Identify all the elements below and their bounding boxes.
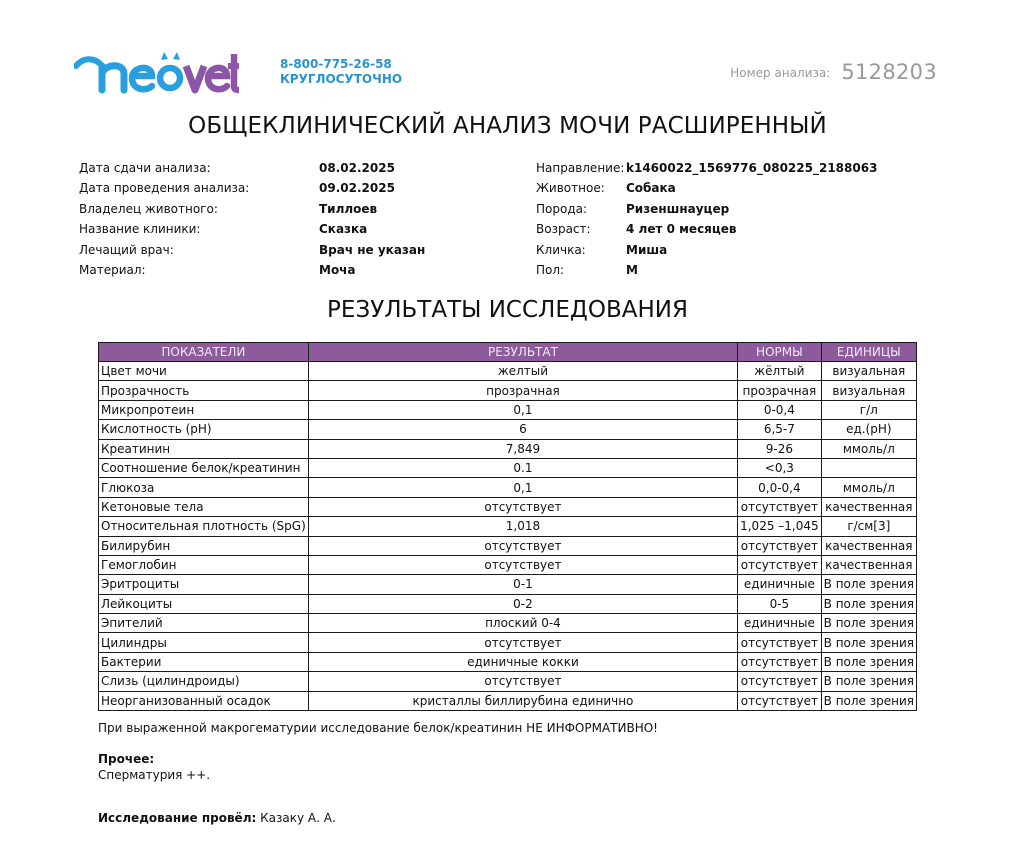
unit-cell: В поле зрения bbox=[821, 691, 916, 710]
unit-cell: В поле зрения bbox=[821, 594, 916, 613]
results-title: РЕЗУЛЬТАТЫ ИССЛЕДОВАНИЯ bbox=[0, 297, 1015, 323]
norm-cell: отсутствует bbox=[738, 555, 822, 574]
norm-cell: отсутствует bbox=[738, 536, 822, 555]
other-text: Сперматурия ++. bbox=[98, 768, 210, 782]
unit-cell: ммоль/л bbox=[821, 478, 916, 497]
unit-cell: В поле зрения bbox=[821, 575, 916, 594]
document-title: ОБЩЕКЛИНИЧЕСКИЙ АНАЛИЗ МОЧИ РАСШИРЕННЫЙ bbox=[0, 113, 1015, 139]
result-cell: отсутствует bbox=[308, 672, 737, 691]
info-row: Название клиники:Сказка bbox=[79, 219, 425, 239]
info-label: Материал: bbox=[79, 260, 319, 280]
result-cell: 0.1 bbox=[308, 458, 737, 477]
table-row: Эритроциты0-1единичныеВ поле зрения bbox=[99, 575, 917, 594]
analysis-number-value: 5128203 bbox=[841, 60, 937, 84]
norm-cell: единичные bbox=[738, 575, 822, 594]
info-value: k1460022_1569776_080225_2188063 bbox=[626, 158, 877, 178]
other-title: Прочее: bbox=[98, 752, 154, 766]
phone-number: 8-800-775-26-58 bbox=[280, 57, 402, 72]
column-header-norms: НОРМЫ bbox=[738, 343, 822, 362]
table-row: Билирубинотсутствуетотсутствуеткачествен… bbox=[99, 536, 917, 555]
performed-by-label: Исследование провёл: bbox=[98, 811, 256, 825]
info-row: Животное:Собака bbox=[536, 178, 877, 198]
table-row: Кетоновые телаотсутствуетотсутствуеткаче… bbox=[99, 497, 917, 516]
unit-cell: В поле зрения bbox=[821, 614, 916, 633]
norm-cell: отсутствует bbox=[738, 691, 822, 710]
result-cell: отсутствует bbox=[308, 497, 737, 516]
info-label: Дата проведения анализа: bbox=[79, 178, 319, 198]
info-label: Лечащий врач: bbox=[79, 240, 319, 260]
patient-info-right: Направление:k1460022_1569776_080225_2188… bbox=[536, 158, 877, 280]
result-cell: 6 bbox=[308, 420, 737, 439]
norm-cell: 9-26 bbox=[738, 439, 822, 458]
norm-cell: 0-5 bbox=[738, 594, 822, 613]
info-value: Тиллоев bbox=[319, 199, 377, 219]
info-label: Возраст: bbox=[536, 219, 626, 239]
info-label: Дата сдачи анализа: bbox=[79, 158, 319, 178]
norm-cell: отсутствует bbox=[738, 672, 822, 691]
analysis-number-label: Номер анализа: bbox=[730, 66, 830, 80]
unit-cell: ед.(pH) bbox=[821, 420, 916, 439]
table-row: Бактерииединичные коккиотсутствуетВ поле… bbox=[99, 652, 917, 671]
norm-cell: 0-0,4 bbox=[738, 400, 822, 419]
indicator-cell: Лейкоциты bbox=[99, 594, 309, 613]
info-label: Пол: bbox=[536, 260, 626, 280]
result-cell: единичные кокки bbox=[308, 652, 737, 671]
indicator-cell: Кислотность (pH) bbox=[99, 420, 309, 439]
table-row: Относительная плотность (SpG)1,0181,025 … bbox=[99, 517, 917, 536]
norm-cell: отсутствует bbox=[738, 652, 822, 671]
results-table-body: Цвет мочижелтыйжёлтыйвизуальнаяПрозрачно… bbox=[99, 362, 917, 711]
norm-cell: жёлтый bbox=[738, 362, 822, 381]
table-row: Слизь (цилиндроиды)отсутствуетотсутствуе… bbox=[99, 672, 917, 691]
indicator-cell: Гемоглобин bbox=[99, 555, 309, 574]
norm-cell: 1,025 –1,045 bbox=[738, 517, 822, 536]
neovet-logo-icon bbox=[74, 48, 239, 96]
results-table: ПОКАЗАТЕЛИ РЕЗУЛЬТАТ НОРМЫ ЕДИНИЦЫ Цвет … bbox=[98, 342, 917, 711]
info-value: 4 лет 0 месяцев bbox=[626, 219, 737, 239]
indicator-cell: Микропротеин bbox=[99, 400, 309, 419]
info-label: Название клиники: bbox=[79, 219, 319, 239]
clinic-contact: 8-800-775-26-58 КРУГЛОСУТОЧНО bbox=[280, 57, 402, 87]
info-row: Владелец животного:Тиллоев bbox=[79, 199, 425, 219]
unit-cell bbox=[821, 458, 916, 477]
indicator-cell: Билирубин bbox=[99, 536, 309, 555]
table-row: Эпителийплоский 0-4единичныеВ поле зрени… bbox=[99, 614, 917, 633]
unit-cell: В поле зрения bbox=[821, 633, 916, 652]
info-value: М bbox=[626, 260, 638, 280]
indicator-cell: Цилиндры bbox=[99, 633, 309, 652]
info-row: Материал:Моча bbox=[79, 260, 425, 280]
unit-cell: ммоль/л bbox=[821, 439, 916, 458]
unit-cell: качественная bbox=[821, 497, 916, 516]
table-row: ЦилиндрыотсутствуетотсутствуетВ поле зре… bbox=[99, 633, 917, 652]
info-row: Пол:М bbox=[536, 260, 877, 280]
info-value: 08.02.2025 bbox=[319, 158, 395, 178]
info-row: Направление:k1460022_1569776_080225_2188… bbox=[536, 158, 877, 178]
table-row: Микропротеин0,10-0,4г/л bbox=[99, 400, 917, 419]
info-value: Моча bbox=[319, 260, 356, 280]
table-row: Кислотность (pH)66,5-7ед.(pH) bbox=[99, 420, 917, 439]
info-label: Животное: bbox=[536, 178, 626, 198]
table-row: Креатинин7,8499-26ммоль/л bbox=[99, 439, 917, 458]
indicator-cell: Эпителий bbox=[99, 614, 309, 633]
indicator-cell: Слизь (цилиндроиды) bbox=[99, 672, 309, 691]
indicator-cell: Неорганизованный осадок bbox=[99, 691, 309, 710]
indicator-cell: Креатинин bbox=[99, 439, 309, 458]
indicator-cell: Прозрачность bbox=[99, 381, 309, 400]
result-cell: отсутствует bbox=[308, 633, 737, 652]
table-row: Соотношение белок/креатинин0.1<0,3 bbox=[99, 458, 917, 477]
info-label: Владелец животного: bbox=[79, 199, 319, 219]
norm-cell: отсутствует bbox=[738, 633, 822, 652]
table-row: Гемоглобинотсутствуетотсутствуеткачестве… bbox=[99, 555, 917, 574]
result-cell: отсутствует bbox=[308, 555, 737, 574]
info-value: Врач не указан bbox=[319, 240, 425, 260]
result-cell: прозрачная bbox=[308, 381, 737, 400]
unit-cell: визуальная bbox=[821, 362, 916, 381]
unit-cell: В поле зрения bbox=[821, 672, 916, 691]
info-row: Лечащий врач:Врач не указан bbox=[79, 240, 425, 260]
result-cell: плоский 0-4 bbox=[308, 614, 737, 633]
indicator-cell: Соотношение белок/креатинин bbox=[99, 458, 309, 477]
result-cell: 0,1 bbox=[308, 478, 737, 497]
unit-cell: качественная bbox=[821, 555, 916, 574]
unit-cell: качественная bbox=[821, 536, 916, 555]
performed-by: Исследование провёл: Казаку А. А. bbox=[98, 811, 336, 825]
norm-cell: отсутствует bbox=[738, 497, 822, 516]
neovet-logo bbox=[74, 48, 239, 96]
unit-cell: г/см[3] bbox=[821, 517, 916, 536]
table-row: Глюкоза0,10,0-0,4ммоль/л bbox=[99, 478, 917, 497]
norm-cell: 0,0-0,4 bbox=[738, 478, 822, 497]
indicator-cell: Относительная плотность (SpG) bbox=[99, 517, 309, 536]
norm-cell: 6,5-7 bbox=[738, 420, 822, 439]
info-row: Кличка:Миша bbox=[536, 240, 877, 260]
info-value: Миша bbox=[626, 240, 667, 260]
indicator-cell: Глюкоза bbox=[99, 478, 309, 497]
indicator-cell: Цвет мочи bbox=[99, 362, 309, 381]
column-header-indicator: ПОКАЗАТЕЛИ bbox=[99, 343, 309, 362]
result-cell: 7,849 bbox=[308, 439, 737, 458]
result-cell: 0-2 bbox=[308, 594, 737, 613]
column-header-units: ЕДИНИЦЫ bbox=[821, 343, 916, 362]
result-cell: отсутствует bbox=[308, 536, 737, 555]
info-row: Порода:Ризеншнауцер bbox=[536, 199, 877, 219]
column-header-result: РЕЗУЛЬТАТ bbox=[308, 343, 737, 362]
indicator-cell: Кетоновые тела bbox=[99, 497, 309, 516]
table-row: Неорганизованный осадоккристаллы биллиру… bbox=[99, 691, 917, 710]
unit-cell: г/л bbox=[821, 400, 916, 419]
indicator-cell: Бактерии bbox=[99, 652, 309, 671]
unit-cell: В поле зрения bbox=[821, 652, 916, 671]
info-value: Ризеншнауцер bbox=[626, 199, 729, 219]
info-value: Собака bbox=[626, 178, 676, 198]
patient-info-left: Дата сдачи анализа:08.02.2025 Дата прове… bbox=[79, 158, 425, 280]
info-row: Дата сдачи анализа:08.02.2025 bbox=[79, 158, 425, 178]
analysis-number: Номер анализа: 5128203 bbox=[730, 60, 937, 84]
info-row: Дата проведения анализа:09.02.2025 bbox=[79, 178, 425, 198]
info-value: Сказка bbox=[319, 219, 367, 239]
info-row: Возраст:4 лет 0 месяцев bbox=[536, 219, 877, 239]
table-row: Лейкоциты0-20-5В поле зрения bbox=[99, 594, 917, 613]
indicator-cell: Эритроциты bbox=[99, 575, 309, 594]
result-cell: 1,018 bbox=[308, 517, 737, 536]
table-row: Цвет мочижелтыйжёлтыйвизуальная bbox=[99, 362, 917, 381]
info-label: Кличка: bbox=[536, 240, 626, 260]
info-label: Направление: bbox=[536, 158, 626, 178]
info-value: 09.02.2025 bbox=[319, 178, 395, 198]
table-row: Прозрачностьпрозрачнаяпрозрачнаявизуальн… bbox=[99, 381, 917, 400]
table-header-row: ПОКАЗАТЕЛИ РЕЗУЛЬТАТ НОРМЫ ЕДИНИЦЫ bbox=[99, 343, 917, 362]
performed-by-name: Казаку А. А. bbox=[260, 811, 336, 825]
info-label: Порода: bbox=[536, 199, 626, 219]
result-cell: желтый bbox=[308, 362, 737, 381]
result-cell: 0,1 bbox=[308, 400, 737, 419]
result-cell: 0-1 bbox=[308, 575, 737, 594]
norm-cell: единичные bbox=[738, 614, 822, 633]
norm-cell: прозрачная bbox=[738, 381, 822, 400]
unit-cell: визуальная bbox=[821, 381, 916, 400]
hours-label: КРУГЛОСУТОЧНО bbox=[280, 72, 402, 87]
result-cell: кристаллы биллирубина единично bbox=[308, 691, 737, 710]
informativity-note: При выраженной макрогематурии исследован… bbox=[98, 721, 658, 735]
norm-cell: <0,3 bbox=[738, 458, 822, 477]
